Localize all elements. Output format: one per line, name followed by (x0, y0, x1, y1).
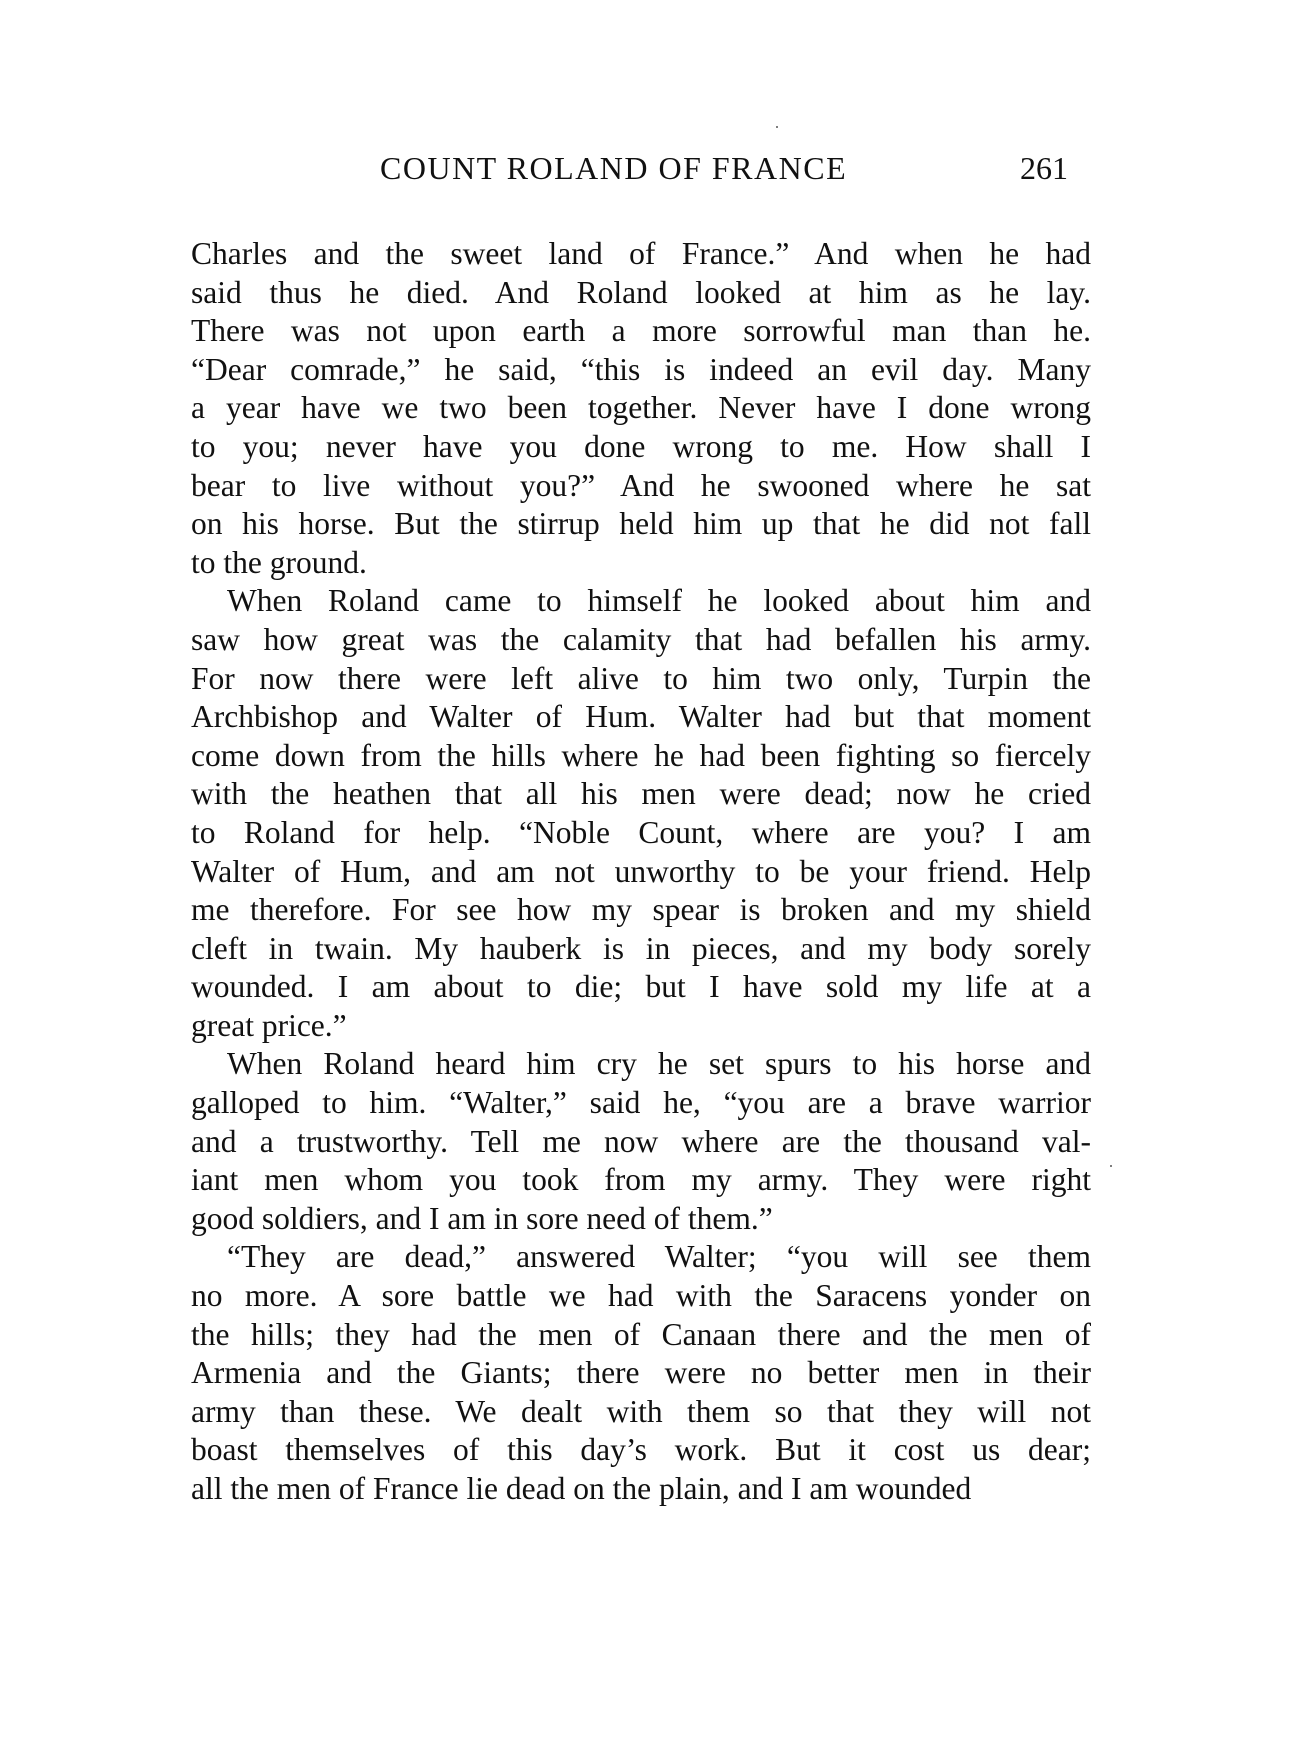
scan-speck (776, 126, 778, 128)
text-line: Armenia and the Giants; there were no be… (191, 1354, 1091, 1393)
text-line: Walter of Hum, and am not unworthy to be… (191, 853, 1091, 892)
text-line: galloped to him. “Walter,” said he, “you… (191, 1084, 1091, 1123)
running-title: COUNT ROLAND OF FRANCE (380, 150, 847, 187)
text-line: all the men of France lie dead on the pl… (191, 1470, 1091, 1509)
text-line: There was not upon earth a more sorrowfu… (191, 312, 1091, 351)
text-line: me therefore. For see how my spear is br… (191, 891, 1091, 930)
text-line: said thus he died. And Roland looked at … (191, 274, 1091, 313)
text-line: army than these. We dealt with them so t… (191, 1393, 1091, 1432)
text-line: on his horse. But the stirrup held him u… (191, 505, 1091, 544)
page-number: 261 (1020, 150, 1068, 187)
body-text: Charles and the sweet land of France.” A… (191, 235, 1091, 1509)
text-line: the hills; they had the men of Canaan th… (191, 1316, 1091, 1355)
text-line: “Dear comrade,” he said, “this is indeed… (191, 351, 1091, 390)
text-line: good soldiers, and I am in sore need of … (191, 1200, 1091, 1239)
text-line: Charles and the sweet land of France.” A… (191, 235, 1091, 274)
text-line: to the ground. (191, 544, 1091, 583)
text-line: bear to live without you?” And he swoone… (191, 467, 1091, 506)
scan-speck (1110, 1165, 1112, 1167)
text-line: “They are dead,” answered Walter; “you w… (191, 1238, 1091, 1277)
text-line: to Roland for help. “Noble Count, where … (191, 814, 1091, 853)
paragraph: “They are dead,” answered Walter; “you w… (191, 1238, 1091, 1508)
text-line: iant men whom you took from my army. The… (191, 1161, 1091, 1200)
text-line: and a trustworthy. Tell me now where are… (191, 1123, 1091, 1162)
text-line: come down from the hills where he had be… (191, 737, 1091, 776)
paragraph: Charles and the sweet land of France.” A… (191, 235, 1091, 582)
paragraph: When Roland heard him cry he set spurs t… (191, 1045, 1091, 1238)
running-header: COUNT ROLAND OF FRANCE 261 (380, 150, 1080, 190)
text-line: to you; never have you done wrong to me.… (191, 428, 1091, 467)
text-line: When Roland heard him cry he set spurs t… (191, 1045, 1091, 1084)
scan-speck (804, 1445, 807, 1448)
book-page: COUNT ROLAND OF FRANCE 261 Charles and t… (0, 0, 1295, 1749)
text-line: For now there were left alive to him two… (191, 660, 1091, 699)
text-line: wounded. I am about to die; but I have s… (191, 968, 1091, 1007)
text-line: cleft in twain. My hauberk is in pieces,… (191, 930, 1091, 969)
text-line: no more. A sore battle we had with the S… (191, 1277, 1091, 1316)
text-line: saw how great was the calamity that had … (191, 621, 1091, 660)
text-line: with the heathen that all his men were d… (191, 775, 1091, 814)
text-line: When Roland came to himself he looked ab… (191, 582, 1091, 621)
text-line: great price.” (191, 1007, 1091, 1046)
paragraph: When Roland came to himself he looked ab… (191, 582, 1091, 1045)
text-line: boast themselves of this day’s work. But… (191, 1431, 1091, 1470)
text-line: a year have we two been together. Never … (191, 389, 1091, 428)
text-line: Archbishop and Walter of Hum. Walter had… (191, 698, 1091, 737)
